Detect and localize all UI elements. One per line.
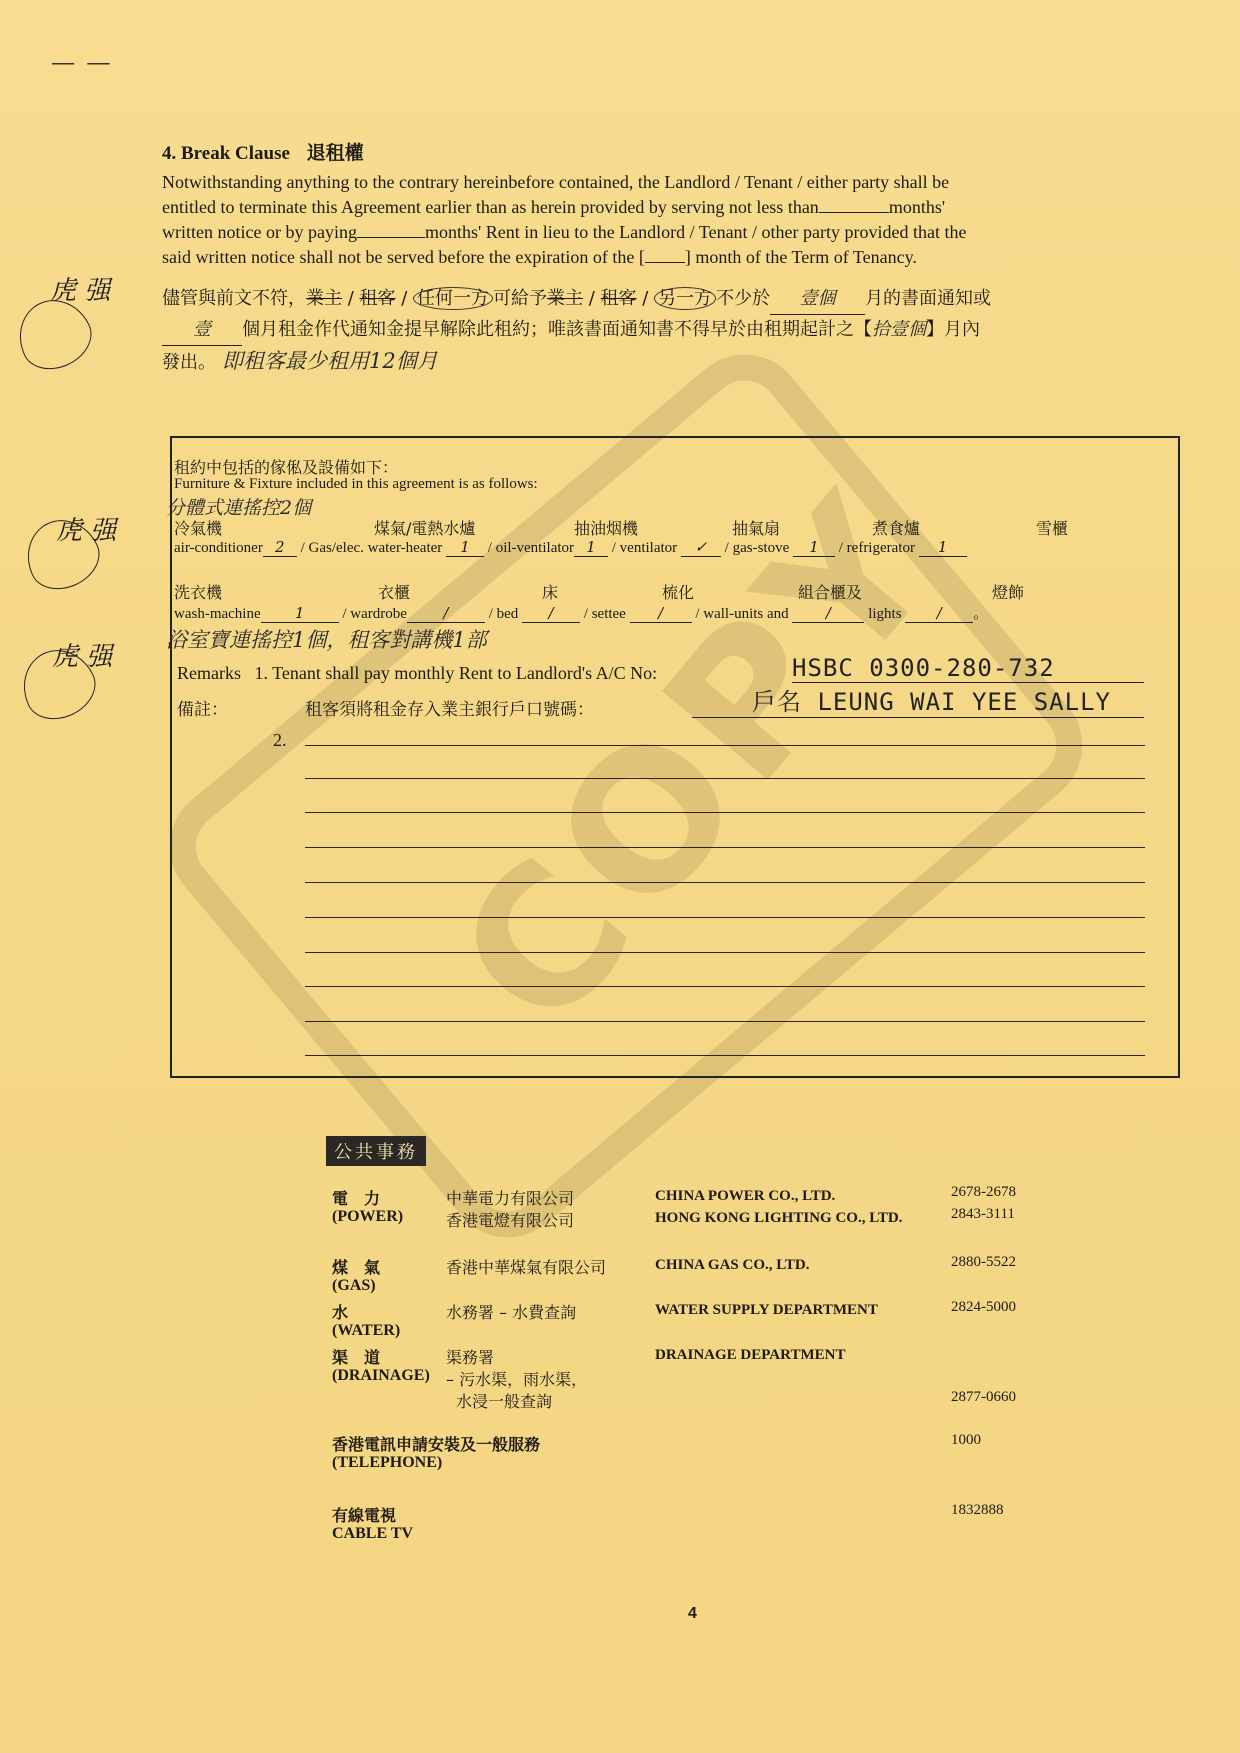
item-zh-air-conditioner: 冷氣機 (174, 516, 222, 539)
qty-wardrobe[interactable]: / (407, 604, 485, 623)
break-clause-en-paragraph: Notwithstanding anything to the contrary… (162, 170, 1172, 270)
item-zh-refrigerator: 雪櫃 (1036, 516, 1068, 539)
en-line-2a: entitled to terminate this Agreement ear… (162, 197, 819, 217)
zh-text: 個月租金作代通知金提早解除此租約；唯該書面通知書不得早於由租期起計之【 (242, 319, 872, 340)
qty-air-conditioner[interactable]: 2 (263, 538, 297, 557)
zh-sep: / (396, 288, 414, 309)
utility-provider-zh: 香港中華煤氣有限公司 (446, 1255, 606, 1278)
item-en-oil-ventilator: / oil-ventilator (488, 540, 574, 556)
account-name-field[interactable]: 戶名 LEUNG WAI YEE SALLY (692, 682, 1144, 718)
item-zh-wardrobe: 衣櫃 (378, 580, 410, 603)
utility-category-drainage-zh: 渠 道 (332, 1345, 380, 1368)
item-zh-gas-stove: 煮食爐 (872, 516, 920, 539)
item-zh-ventilator: 抽氣扇 (732, 516, 780, 539)
utility-category-telephone-en: (TELEPHONE) (332, 1454, 442, 1472)
zh-line-1: 儘管與前文不符，業主 / 租客 / 任何一方可給予業主 / 租客 / 另一方不少… (162, 284, 1172, 315)
month-bracket-blank[interactable] (645, 248, 685, 263)
item-en-air-conditioner: air-conditioner (174, 540, 263, 556)
en-line-1: Notwithstanding anything to the contrary… (162, 170, 1172, 195)
item-en-bed: / bed (489, 606, 519, 622)
utility-provider-zh-detail: – 污水渠，雨水渠， (446, 1367, 587, 1390)
utility-provider-en: HONG KONG LIGHTING CO., LTD. (655, 1210, 902, 1227)
qty-bed[interactable]: / (522, 604, 580, 623)
handwritten-bracket-months[interactable]: 拾壹個 (872, 319, 926, 340)
utility-category-power-en: (POWER) (332, 1208, 403, 1226)
item-zh-bed: 床 (542, 580, 558, 603)
utility-provider-zh: 中華電力有限公司 (446, 1186, 574, 1209)
qty-wall-units[interactable]: / (792, 604, 864, 623)
public-utilities-title: 公共事務 (326, 1136, 426, 1166)
remark-blank-line[interactable] (305, 1021, 1145, 1022)
handwritten-bath-intercom-note: 浴室寶連搖控1個，租客對講機1部 (166, 624, 487, 654)
break-clause-zh-paragraph: 儘管與前文不符，業主 / 租客 / 任何一方可給予業主 / 租客 / 另一方不少… (162, 284, 1172, 378)
qty-wash-machine[interactable]: 1 (261, 604, 339, 623)
en-line-3a: written notice or by paying (162, 222, 357, 242)
struck-tenant: 租客 (360, 288, 396, 309)
en-line-4b: ] month of the Term of Tenancy. (685, 247, 917, 267)
signature-1-initials: 虎 强 (50, 270, 110, 307)
remark-1-text-zh: 租客須將租金存入業主銀行戶口號碼： (305, 695, 594, 720)
circled-other-party: 另一方 (654, 287, 716, 310)
corner-mark: — — (52, 49, 114, 75)
handwritten-rent-months[interactable]: 壹 (162, 315, 242, 346)
furniture-row-1-en: air-conditioner2 / Gas/elec. water-heate… (174, 538, 967, 557)
signature-3-initials: 虎 强 (52, 636, 112, 673)
remark-2-number: 2. (273, 730, 287, 751)
remarks-label-zh: 備註： (177, 695, 228, 720)
qty-gas-stove[interactable]: 1 (793, 538, 835, 557)
utility-provider-zh-detail: 水浸一般查詢 (456, 1389, 552, 1412)
en-line-4a: said written notice shall not be served … (162, 247, 645, 267)
account-number-handwritten: HSBC 0300-280-732 (792, 654, 1055, 682)
en-line-3: written notice or by payingmonths' Rent … (162, 220, 1172, 245)
remark-blank-line[interactable] (305, 812, 1145, 813)
section-title-zh: 退租權 (307, 142, 364, 164)
zh-line-3: 發出。即租客最少租用12個月 (162, 346, 1172, 378)
circled-either-party: 任何一方 (413, 287, 493, 310)
zh-text: 發出。 (162, 352, 216, 373)
zh-text: 可給予 (493, 288, 547, 309)
item-en-wardrobe: / wardrobe (342, 606, 407, 622)
remark-1-number: 1. (254, 663, 268, 683)
remark-1-text-en: Tenant shall pay monthly Rent to Landlor… (272, 663, 657, 683)
remark-2-line[interactable] (305, 745, 1145, 746)
account-name-handwritten: 戶名 LEUNG WAI YEE SALLY (752, 688, 1111, 716)
remark-blank-line[interactable] (305, 882, 1145, 883)
notice-months-blank[interactable] (819, 198, 889, 213)
zh-sep: / (342, 288, 360, 309)
section-number: 4. (162, 143, 176, 164)
signature-2-initials: 虎 强 (56, 510, 116, 547)
furniture-title-en: Furniture & Fixture included in this agr… (174, 476, 538, 493)
item-en-lights: lights (868, 606, 901, 622)
utility-category-gas-en: (GAS) (332, 1277, 376, 1295)
utility-category-telephone-zh: 香港電訊申請安裝及一般服務 (332, 1432, 540, 1455)
utility-phone: 1000 (951, 1432, 981, 1449)
qty-lights[interactable]: / (905, 604, 973, 623)
utility-category-gas-zh: 煤 氣 (332, 1255, 380, 1278)
qty-oil-ventilator[interactable]: 1 (574, 538, 608, 557)
en-line-2: entitled to terminate this Agreement ear… (162, 195, 1172, 220)
item-en-gas-stove: / gas-stove (725, 540, 790, 556)
item-en-water-heater: / Gas/elec. water-heater (301, 540, 443, 556)
section-heading: 4. Break Clause 退租權 (162, 138, 364, 165)
utility-category-water-en: (WATER) (332, 1322, 400, 1340)
struck-landlord: 業主 (306, 288, 342, 309)
utility-phone: 2843-3111 (951, 1206, 1015, 1223)
account-number-field[interactable]: HSBC 0300-280-732 (792, 654, 1144, 683)
remark-blank-line[interactable] (305, 847, 1145, 848)
remark-blank-line[interactable] (305, 917, 1145, 918)
utility-phone: 2877-0660 (951, 1389, 1016, 1406)
furniture-row-2-en: wash-machine1 / wardrobe/ / bed / / sett… (174, 602, 988, 623)
item-zh-wash-machine: 洗衣機 (174, 580, 222, 603)
utility-provider-en: WATER SUPPLY DEPARTMENT (655, 1302, 878, 1319)
utility-phone: 2678-2678 (951, 1184, 1016, 1201)
zh-line-2: 壹個月租金作代通知金提早解除此租約；唯該書面通知書不得早於由租期起計之【拾壹個】… (162, 315, 1172, 346)
zh-text: 儘管與前文不符， (162, 288, 306, 309)
item-en-wall-units: / wall-units and (695, 606, 788, 622)
struck-landlord: 業主 (547, 288, 583, 309)
rent-months-blank[interactable] (357, 223, 425, 238)
item-en-refrigerator: / refrigerator (839, 540, 915, 556)
zh-sep: / (583, 288, 601, 309)
utility-category-cable-tv-en: CABLE TV (332, 1525, 413, 1543)
remark-blank-line[interactable] (305, 1055, 1145, 1056)
en-line-2b: months' (889, 197, 945, 217)
zh-text: 】月內 (926, 319, 980, 340)
utility-provider-zh: 渠務署 (446, 1345, 494, 1368)
zh-text: 不少於 (716, 288, 770, 309)
item-en-settee: / settee (584, 606, 626, 622)
item-zh-wall-units: 組合櫃及 (798, 580, 862, 603)
qty-refrigerator[interactable]: 1 (919, 538, 967, 557)
qty-ventilator[interactable]: ✓ (681, 538, 721, 557)
furniture-fixture-box (170, 436, 1180, 1078)
remark-blank-line[interactable] (305, 778, 1145, 779)
remark-blank-line[interactable] (305, 952, 1145, 953)
item-zh-oil-ventilator: 抽油烟機 (574, 516, 638, 539)
item-en-wash-machine: wash-machine (174, 606, 261, 622)
struck-tenant: 租客 (601, 288, 637, 309)
utility-category-power-zh: 電 力 (332, 1186, 380, 1209)
item-zh-settee: 梳化 (662, 580, 694, 603)
remark-blank-line[interactable] (305, 986, 1145, 987)
furniture-title-zh: 租約中包括的傢俬及設備如下： (174, 455, 398, 478)
qty-water-heater[interactable]: 1 (446, 538, 484, 557)
remarks-label-en: Remarks (177, 663, 241, 683)
utility-provider-en: CHINA POWER CO., LTD. (655, 1188, 835, 1205)
remarks-line-1: Remarks 1. Tenant shall pay monthly Rent… (177, 663, 657, 684)
utility-phone: 2880-5522 (951, 1254, 1016, 1271)
utility-category-cable-tv-zh: 有線電視 (332, 1503, 396, 1526)
section-title-en: Break Clause (181, 143, 290, 164)
qty-settee[interactable]: / (630, 604, 692, 623)
zh-text: 月的書面通知或 (865, 288, 991, 309)
utility-provider-zh: 水務署 – 水費查詢 (446, 1300, 576, 1323)
utility-provider-zh: 香港電燈有限公司 (446, 1208, 574, 1231)
handwritten-note-min-12-months: 即租客最少租用12個月 (222, 349, 438, 373)
utility-category-water-zh: 水 (332, 1300, 348, 1323)
item-en-ventilator: / ventilator (612, 540, 677, 556)
item-zh-water-heater: 煤氣/電熱水爐 (374, 516, 475, 539)
item-zh-lights: 燈飾 (992, 580, 1024, 603)
utility-provider-en: DRAINAGE DEPARTMENT (655, 1347, 845, 1364)
utility-phone: 2824-5000 (951, 1299, 1016, 1316)
utility-phone: 1832888 (951, 1502, 1004, 1519)
en-line-4: said written notice shall not be served … (162, 245, 1172, 270)
page-number: 4 (688, 1605, 697, 1623)
en-line-3b: months' Rent in lieu to the Landlord / T… (425, 222, 967, 242)
row-end-mark: 。 (973, 606, 988, 622)
utility-provider-en: CHINA GAS CO., LTD. (655, 1257, 809, 1274)
zh-sep: / (637, 288, 655, 309)
utility-category-drainage-en: (DRAINAGE) (332, 1367, 430, 1385)
handwritten-notice-months[interactable]: 壹個 (770, 284, 865, 315)
